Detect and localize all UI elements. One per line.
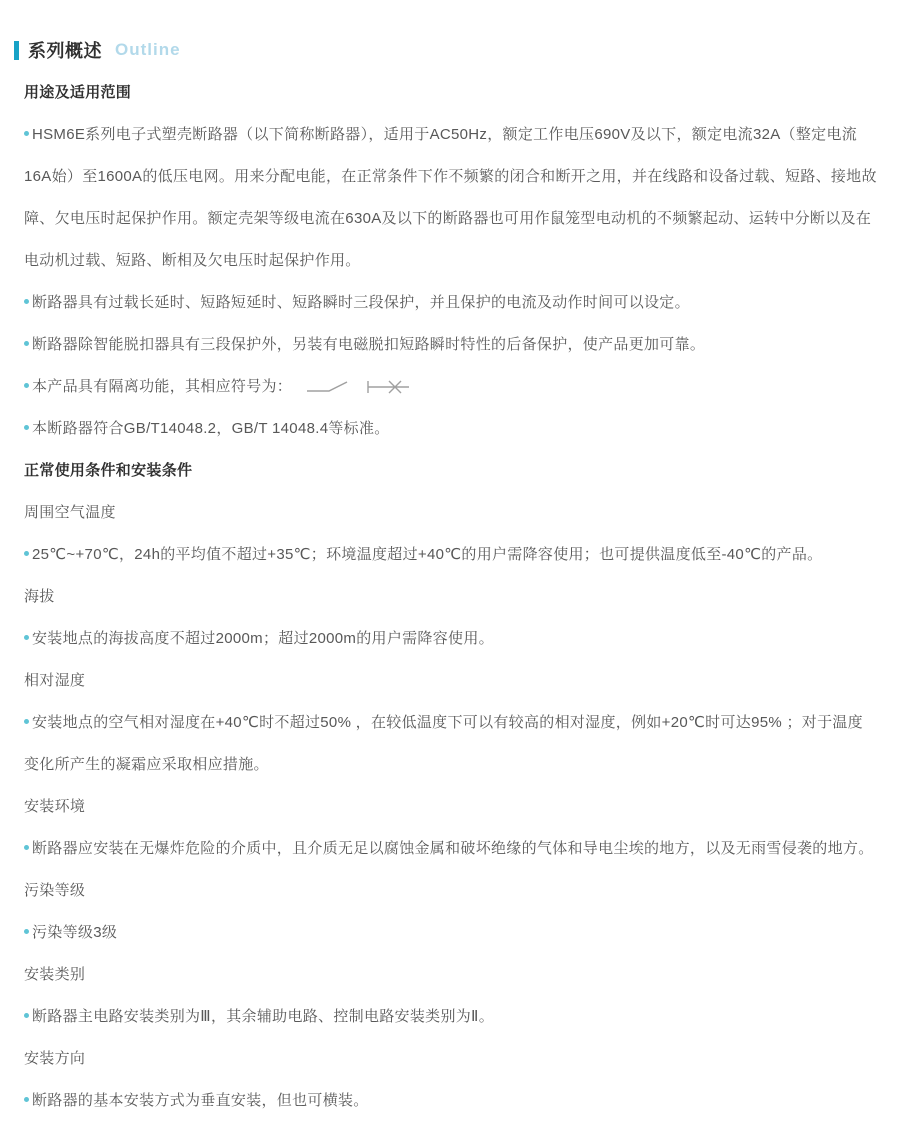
content: 用途及适用范围HSM6E系列电子式塑壳断路器（以下简称断路器），适用于AC50H…	[24, 72, 878, 1122]
bullet-dot	[24, 425, 29, 430]
bullet-item: HSM6E系列电子式塑壳断路器（以下简称断路器），适用于AC50Hz，额定工作电…	[24, 114, 878, 282]
bullet-text: 安装地点的空气相对湿度在+40℃时不超过50% ，在较低温度下可以有较高的相对湿…	[24, 714, 863, 773]
catalog-page: 系列概述 Outline 用途及适用范围HSM6E系列电子式塑壳断路器（以下简称…	[0, 0, 900, 1147]
bullet-dot	[24, 929, 29, 934]
disconnector-symbol	[306, 377, 350, 397]
bullet-text: 断路器应安装在无爆炸危险的介质中，且介质无足以腐蚀金属和破坏绝缘的气体和导电尘埃…	[32, 840, 874, 857]
page-subtitle: Outline	[115, 40, 181, 60]
bullet-item: 安装地点的海拔高度不超过2000m；超过2000m的用户需降容使用。	[24, 618, 878, 660]
bullet-item: 25℃~+70℃，24h的平均值不超过+35℃；环境温度超过+40℃的用户需降容…	[24, 534, 878, 576]
bullet-dot	[24, 131, 29, 136]
bullet-text: 污染等级3级	[32, 924, 117, 941]
subsection-label: 安装类别	[24, 954, 878, 996]
bullet-dot	[24, 299, 29, 304]
bullet-item: 断路器的基本安装方式为垂直安装，但也可横装。	[24, 1080, 878, 1122]
subsection-label: 安装方向	[24, 1038, 878, 1080]
subsection-label: 相对湿度	[24, 660, 878, 702]
accent-bar	[14, 41, 19, 60]
page-title: 系列概述	[28, 37, 102, 63]
bullet-dot	[24, 845, 29, 850]
bullet-text: 断路器主电路安装类别为Ⅲ，其余辅助电路、控制电路安装类别为Ⅱ。	[32, 1008, 494, 1025]
bullet-item: 污染等级3级	[24, 912, 878, 954]
bullet-dot	[24, 341, 29, 346]
bullet-text: 安装地点的海拔高度不超过2000m；超过2000m的用户需降容使用。	[32, 630, 494, 647]
bullet-item: 本产品具有隔离功能，其相应符号为：	[24, 366, 878, 408]
subsection-label: 污染等级	[24, 870, 878, 912]
bullet-text: 断路器具有过载长延时、短路短延时、短路瞬时三段保护，并且保护的电流及动作时间可以…	[32, 294, 690, 311]
bullet-item: 安装地点的空气相对湿度在+40℃时不超过50% ，在较低温度下可以有较高的相对湿…	[24, 702, 878, 786]
bullet-item: 断路器应安装在无爆炸危险的介质中，且介质无足以腐蚀金属和破坏绝缘的气体和导电尘埃…	[24, 828, 878, 870]
bullet-dot	[24, 719, 29, 724]
bullet-dot	[24, 1097, 29, 1102]
bullet-dot	[24, 383, 29, 388]
subsection-label: 周围空气温度	[24, 492, 878, 534]
section-heading: 正常使用条件和安装条件	[24, 450, 878, 492]
bullet-dot	[24, 1013, 29, 1018]
bullet-dot	[24, 551, 29, 556]
isolator-breaker-symbol	[364, 377, 412, 397]
bullet-item: 断路器具有过载长延时、短路短延时、短路瞬时三段保护，并且保护的电流及动作时间可以…	[24, 282, 878, 324]
bullet-text: HSM6E系列电子式塑壳断路器（以下简称断路器），适用于AC50Hz，额定工作电…	[24, 126, 877, 269]
bullet-dot	[24, 635, 29, 640]
section-heading: 用途及适用范围	[24, 72, 878, 114]
bullet-text: 断路器的基本安装方式为垂直安装，但也可横装。	[32, 1092, 369, 1109]
bullet-text: 本断路器符合GB/T14048.2，GB/T 14048.4等标准。	[32, 420, 390, 437]
bullet-text: 断路器除智能脱扣器具有三段保护外，另装有电磁脱扣短路瞬时特性的后备保护，使产品更…	[32, 336, 705, 353]
bullet-item: 本断路器符合GB/T14048.2，GB/T 14048.4等标准。	[24, 408, 878, 450]
subsection-label: 海拔	[24, 576, 878, 618]
bullet-item: 断路器除智能脱扣器具有三段保护外，另装有电磁脱扣短路瞬时特性的后备保护，使产品更…	[24, 324, 878, 366]
subsection-label: 安装环境	[24, 786, 878, 828]
bullet-text: 本产品具有隔离功能，其相应符号为：	[32, 378, 292, 395]
section-header: 系列概述 Outline	[0, 0, 900, 61]
bullet-text: 25℃~+70℃，24h的平均值不超过+35℃；环境温度超过+40℃的用户需降容…	[32, 546, 822, 563]
bullet-item: 断路器主电路安装类别为Ⅲ，其余辅助电路、控制电路安装类别为Ⅱ。	[24, 996, 878, 1038]
